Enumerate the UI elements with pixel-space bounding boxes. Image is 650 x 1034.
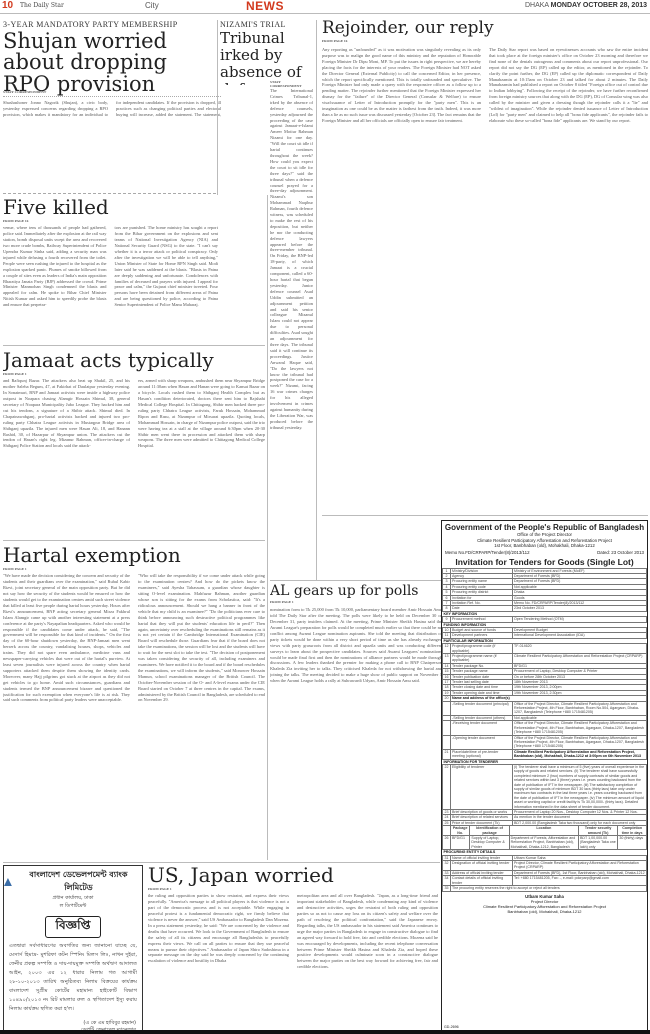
tender-title: Invitation for Tenders for Goods (Single…	[442, 557, 647, 567]
notice-body: এতদ্বারা সর্বসাধারণের অবগতির জন্য জানানো…	[4, 942, 142, 1014]
table-row: 25Price of tender document (Tk)BDT 2,000…	[443, 820, 647, 825]
article-column: and Rafiqunj Bazar. The attackers also b…	[3, 378, 130, 449]
tender-table: 1Ministry/DivisionMinistry of Environmen…	[442, 568, 647, 827]
package-table: Package No. Identification of package Lo…	[442, 825, 647, 850]
bank-name: বাংলাদেশ ডেভেলপমেন্ট ব্যাংক লিমিটেড	[4, 869, 142, 895]
article-five-killed: Five killed From Page 16 venue, where te…	[3, 197, 218, 317]
headline[interactable]: Hartal exemption	[3, 545, 265, 565]
article-column: "We have made the decision considering t…	[3, 573, 130, 703]
bank-office: প্রধান কার্যালয়, ঢাকা	[4, 895, 142, 903]
article-column: "Who will take the responsibility if we …	[138, 573, 265, 703]
divider	[3, 345, 265, 346]
article-al-gears-up: AL gears up for polls From Page 1 nomina…	[270, 584, 442, 854]
article-jamaat: Jamaat acts typically From Page 1 and Ra…	[3, 350, 265, 522]
column-divider	[267, 195, 268, 860]
page-number: 10	[2, 0, 13, 11]
table-row: 22Eligibility of tenderer(i) The tendere…	[443, 764, 647, 809]
article-column: ers, armed with sharp weapons, ambushed …	[138, 378, 265, 449]
page-bottom-border	[0, 1030, 650, 1034]
table-row: -Receiving tender documentOffice of the …	[443, 721, 647, 735]
headline[interactable]: US, Japan worried	[148, 865, 438, 885]
headline[interactable]: Rejoinder, our reply	[322, 20, 648, 37]
dateline: DHAKA MONDAY OCTOBER 28, 2013	[525, 2, 647, 9]
table-row: 12Project/programme code (if applicable)…	[443, 644, 647, 654]
procuring-table: PROCURING ENTITY DETAILS 31Name of offic…	[442, 849, 647, 891]
article-shujan-body: Staff Correspondent Shushashoner Jonno N…	[3, 88, 221, 118]
divider	[322, 515, 648, 516]
table-header: Package No. Identification of package Lo…	[443, 826, 647, 836]
divider	[3, 862, 440, 863]
nizami-byline-wrap: Staff Correspondent	[270, 78, 313, 88]
article-hartal: Hartal exemption From Page 1 "We have ma…	[3, 545, 265, 863]
article-column: Any reporting as "unfounded" as it was m…	[322, 47, 481, 124]
bank-notice-ad: বাংলাদেশ ডেভেলপমেন্ট ব্যাংক লিমিটেড প্রধ…	[3, 865, 143, 1032]
table-row: 21Place/date/time of pre-tender meeting …	[443, 749, 647, 759]
article-nizami-body: The International Crimes Tribunal-1, irk…	[270, 88, 313, 573]
article-column: nomination form to Tk 25,000 from Tk 10,…	[270, 607, 442, 684]
kicker: 3-year mandatory party membership	[3, 20, 215, 29]
memo-number: Memo No.FD/CRPARP/Tender(8)/2013/112	[445, 550, 530, 555]
article-column: The International Crimes Tribunal-1, irk…	[270, 88, 313, 431]
article-column: for independent candidates. If the provi…	[116, 100, 221, 118]
table-row: 35The procuring entity reserves the righ…	[443, 886, 647, 891]
signature-block: Utbam Kumar Saha Project Director Climat…	[442, 894, 647, 914]
table-row: -Opening tender documentOffice of the Pr…	[443, 735, 647, 749]
table-row: 13Project/programme name (if applicable)…	[443, 654, 647, 664]
headline[interactable]: Jamaat acts typically	[3, 350, 265, 370]
bank-department: ল ডিপার্টমেন্ট	[4, 903, 142, 911]
article-column: tors are punished. The home ministry has…	[115, 225, 219, 308]
article-column: The Daily Star report was based on eyewi…	[489, 47, 648, 124]
headline[interactable]: Five killed	[3, 197, 218, 217]
kicker: Nizami's trial	[220, 20, 320, 29]
article-column: metropolitan area and all over Banglades…	[297, 893, 438, 970]
government-title: Government of the People's Republic of B…	[442, 523, 647, 532]
section-label: City	[145, 1, 159, 10]
headline[interactable]: Shujan worried about dropping RPO provis…	[3, 31, 215, 95]
article-us-japan: US, Japan worried From Page 1 the ruling…	[148, 865, 438, 1032]
divider	[3, 540, 265, 541]
divider	[3, 193, 216, 194]
article-rejoinder-body: Any reporting as "unfounded" as it was m…	[322, 44, 648, 514]
table-row: 23Brief description of goods or worksPro…	[443, 810, 647, 815]
memo-date: Dated: 23 October 2013	[597, 550, 644, 555]
article-column: Shushashoner Jonno Nagorik (Shujan), a c…	[3, 100, 108, 118]
bank-logo-icon	[4, 878, 12, 886]
tender-notice-ad: Government of the People's Republic of B…	[441, 520, 648, 1032]
table-row: 26 BFD/G1 Supply of Laptop, Desktop Comp…	[443, 836, 647, 850]
table-row: 32Designation of official inviting tende…	[443, 861, 647, 871]
table-row: 33Address of official inviting tenderDep…	[443, 870, 647, 875]
article-column: the ruling and opposition parties to sho…	[148, 893, 289, 970]
table-row: -Selling tender document (principal)Offi…	[443, 701, 647, 715]
byline: Staff Correspondent	[270, 80, 313, 88]
headline[interactable]: AL gears up for polls	[270, 584, 442, 598]
divider	[270, 580, 442, 581]
jump-line: From Page 1	[270, 600, 442, 606]
category-label: NEWS	[246, 0, 284, 13]
column-divider	[316, 20, 317, 580]
ad-code: GD-2696	[444, 1025, 459, 1029]
byline: Staff Correspondent	[3, 90, 221, 97]
article-column: venue, where tens of thousands of people…	[3, 225, 107, 308]
page-masthead: 10 The Daily Star City NEWS DHAKA MONDAY…	[0, 0, 650, 14]
notice-title: বিজ্ঞপ্তি	[45, 916, 102, 938]
table-row: 34Contact details of official inviting t…	[443, 876, 647, 886]
column-divider	[217, 20, 218, 195]
paper-name: The Daily Star	[20, 2, 64, 9]
